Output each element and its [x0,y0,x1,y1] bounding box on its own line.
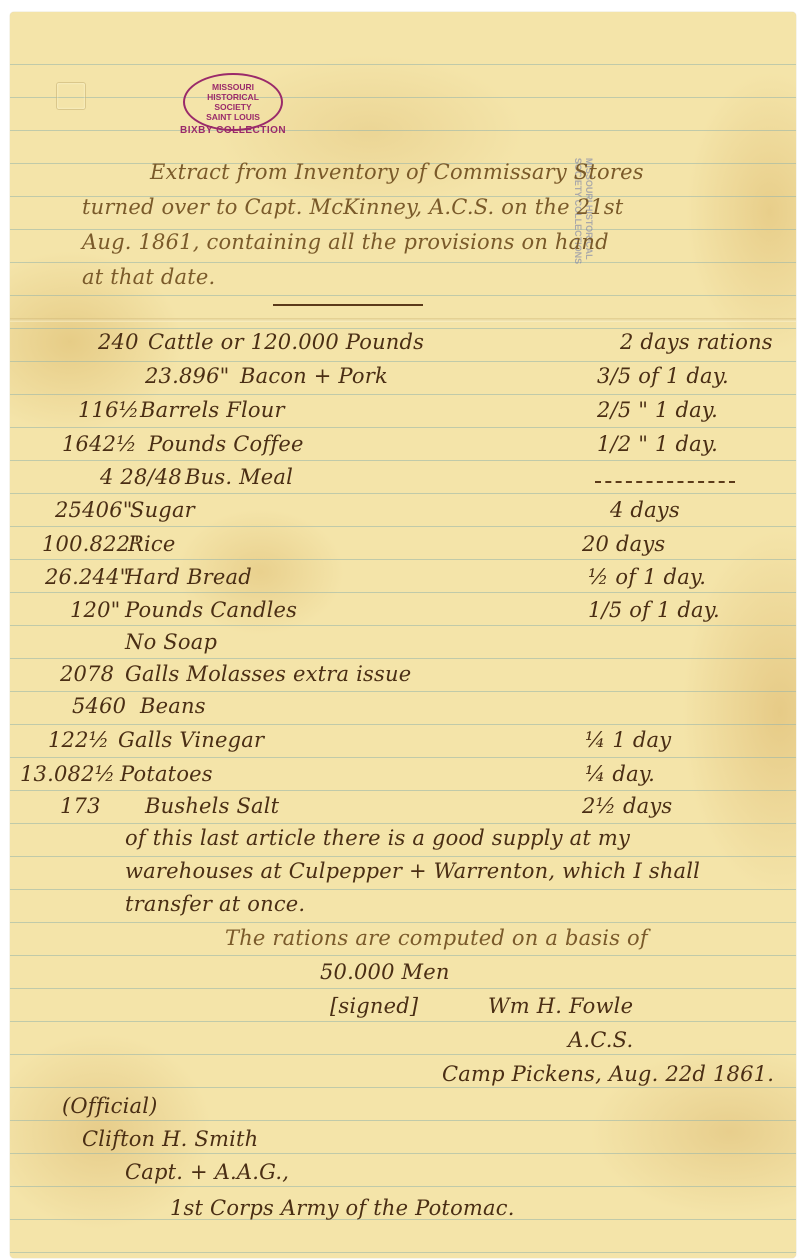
inventory-rations: ½ of 1 day. [588,565,706,589]
inventory-qty: 240 [98,330,139,354]
stamp-line: SAINT LOUIS [185,112,281,122]
inventory-item: Sugar [130,498,195,522]
signed-label: [signed] [330,994,418,1018]
inventory-rations: ¼ day. [585,762,655,786]
attester-rank: Capt. + A.A.G., [125,1160,289,1184]
inventory-item: Galls Molasses extra issue [125,662,411,686]
inventory-qty: 26.244" [45,565,130,589]
place-date: Camp Pickens, Aug. 22d 1861. [442,1062,774,1086]
inventory-item: Potatoes [120,762,213,786]
inventory-qty: 25406" [55,498,133,522]
inventory-qty: 122½ [48,728,109,752]
basis-line: The rations are computed on a basis of [225,926,648,950]
inventory-rations: ¼ 1 day [585,728,671,752]
collection-label: BIXBY COLLECTION [180,125,286,136]
inventory-rations: 4 days [610,498,680,522]
inventory-rations: 2½ days [582,794,672,818]
inventory-qty: 5460 [72,694,126,718]
attester-unit: 1st Corps Army of the Potomac. [170,1196,515,1220]
inventory-qty: 100.822" [42,532,140,556]
inventory-item: Hard Bread [125,565,252,589]
inventory-rations: 2 days rations [620,330,773,354]
stamp-line: MISSOURI [185,82,281,92]
inventory-item: Galls Vinegar [118,728,264,752]
inventory-qty: 2078 [60,662,114,686]
inventory-item: Barrels Flour [140,398,285,422]
stamp-line: HISTORICAL [185,92,281,102]
rations-dash [595,481,735,483]
inventory-qty: 1642½ [62,432,137,456]
paper-fold [10,318,796,322]
salt-note-line: transfer at once. [125,892,305,916]
header-line: turned over to Capt. McKinney, A.C.S. on… [82,195,623,219]
inventory-rations: 3/5 of 1 day. [597,364,729,388]
header-line: at that date. [82,265,215,289]
signer-name: Wm H. Fowle [488,994,633,1018]
museum-stamp: MISSOURI HISTORICAL SOCIETY SAINT LOUIS [183,73,283,131]
official-label: (Official) [62,1094,158,1118]
stamp-line: SOCIETY [185,102,281,112]
basis-men: 50.000 Men [320,960,450,984]
emboss-seal-icon [56,82,86,110]
divider-rule [273,304,423,306]
inventory-rations: 2/5 " 1 day. [597,398,718,422]
inventory-item: Pounds Coffee [148,432,304,456]
inventory-item: Beans [140,694,206,718]
inventory-rations: 1/2 " 1 day. [597,432,718,456]
signer-title: A.C.S. [568,1028,633,1052]
inventory-item: Pounds Candles [125,598,297,622]
attester-name: Clifton H. Smith [82,1127,258,1151]
inventory-item: Bacon + Pork [240,364,388,388]
header-line: Extract from Inventory of Commissary Sto… [150,160,644,184]
inventory-item: Bushels Salt [145,794,279,818]
inventory-item: Bus. Meal [185,465,293,489]
salt-note-line: warehouses at Culpepper + Warrenton, whi… [125,859,700,883]
inventory-rations: 1/5 of 1 day. [588,598,720,622]
inventory-qty: 120" [70,598,121,622]
inventory-qty: 23.896" [145,364,230,388]
inventory-item: No Soap [125,630,217,654]
inventory-qty: 4 28/48 [100,465,182,489]
salt-note-line: of this last article there is a good sup… [125,826,630,850]
inventory-rations: 20 days [582,532,665,556]
inventory-qty: 116½ [78,398,139,422]
inventory-item: Cattle or 120.000 Pounds [148,330,424,354]
inventory-item: Rice [128,532,176,556]
inventory-qty: 13.082½ [20,762,115,786]
header-line: Aug. 1861, containing all the provisions… [82,230,609,254]
inventory-qty: 173 [60,794,101,818]
